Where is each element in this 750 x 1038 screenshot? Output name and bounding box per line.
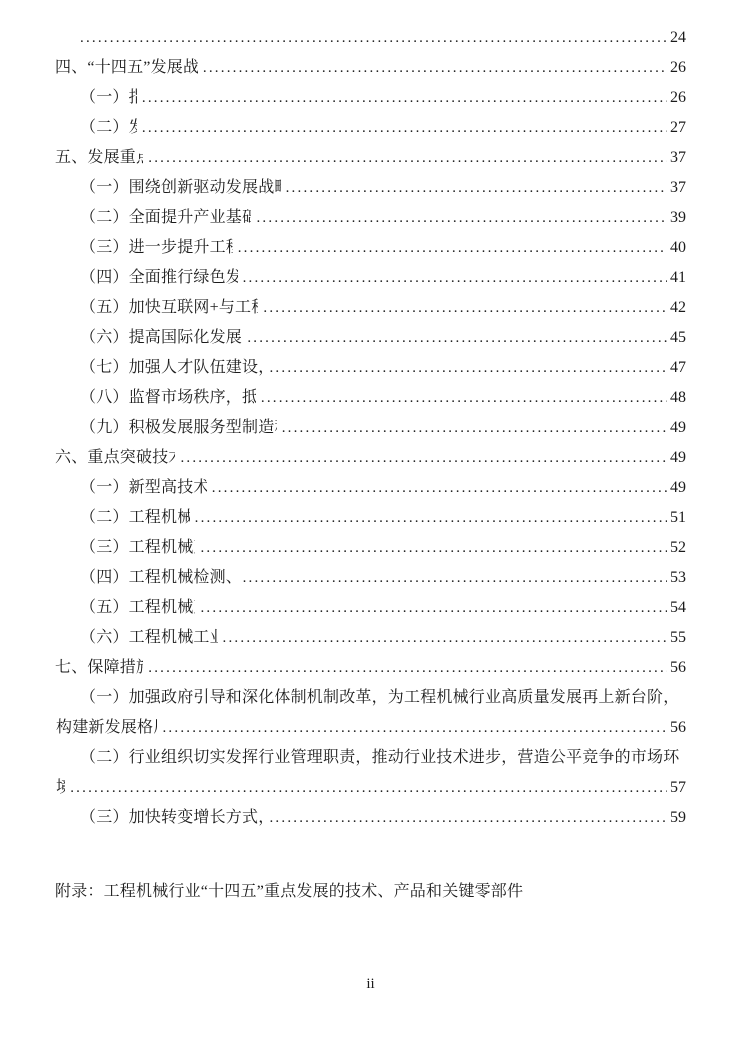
toc-entry: （二）工程机械智能制造推进工程51 [55,503,686,533]
toc-page-number: 26 [670,83,686,113]
toc-dot-leader [148,143,667,173]
toc-page-number: 39 [670,203,686,233]
toc-entry: （二）全面提升产业基础能力，努力实现工程机械产业高端化39 [55,203,686,233]
toc-entry: 五、发展重点及关键任务37 [55,143,686,173]
toc-page-number: 55 [670,623,686,653]
toc-page-number: 51 [670,503,686,533]
toc-entry: （一）指导思想26 [55,83,686,113]
toc-page-number: 54 [670,593,686,623]
toc-page-number: 40 [670,233,686,263]
toc-entry-text: （二）发展目标 [80,113,137,143]
toc-entry-text: 五、发展重点及关键任务 [55,143,143,173]
toc-entry-text: （八）监督市场秩序，抵制不正当竞争，努力营造良好市场环境 [80,383,256,413]
toc-dot-leader [200,593,667,623]
toc-entry: （五）加快互联网+与工程机械产业的融合，推进行业数字化发展42 [55,293,686,323]
toc-dot-leader [256,203,667,233]
toc-page-number: 52 [670,533,686,563]
document-page: 24四、“十四五”发展战略的指导思想、发展目标26（一）指导思想26（二）发展目… [0,0,750,1038]
toc-dot-leader [212,473,667,503]
toc-entry-text: （三）进一步提升工程机械产品质量，提升品牌价值 [80,233,233,263]
toc-entry-text: （二）工程机械智能制造推进工程 [80,503,190,533]
toc-entry-text: （六）工程机械工业互联网应用平台建设工程 [80,623,218,653]
toc-page-number: 37 [670,143,686,173]
toc-page-number: 45 [670,323,686,353]
toc-entry: （三）工程机械产品可靠性提升工程52 [55,533,686,563]
toc-entry: （九）积极发展服务型制造和强化后市场管理，建立老旧工程机械退出机制49 [55,413,686,443]
toc-dot-leader [180,443,667,473]
toc-entry-text: （四）工程机械检测、试验与评价数字化平台建设工程 [80,563,238,593]
toc-dot-leader [148,653,667,683]
toc-dot-leader [263,293,667,323]
toc-page-number: 59 [670,803,686,833]
toc-page-number: 49 [670,473,686,503]
toc-entry-text: （五）工程机械产业链强基发展工程 [80,593,195,623]
toc-entry: （七）加强人才队伍建设，努力提升工程机械行业人才队伍整体素质47 [55,353,686,383]
toc-dot-leader [203,53,667,83]
toc-page-number: 48 [670,383,686,413]
toc-page-number: 49 [670,413,686,443]
toc-dot-leader [247,323,667,353]
toc-dot-leader [261,383,667,413]
toc-dot-leader [142,113,667,143]
toc-page-number: 37 [670,173,686,203]
toc-dot-leader [195,503,667,533]
toc-entry: （八）监督市场秩序，抵制不正当竞争，努力营造良好市场环境48 [55,383,686,413]
table-of-contents: 24四、“十四五”发展战略的指导思想、发展目标26（一）指导思想26（二）发展目… [55,23,686,833]
toc-dot-leader [162,713,667,743]
toc-entry: 境57 [55,773,686,803]
toc-entry-text: （一）新型高技术工程机械创新先导工程 [80,473,207,503]
toc-entry: （三）进一步提升工程机械产品质量，提升品牌价值40 [55,233,686,263]
toc-dot-leader [286,173,667,203]
toc-entry-text: （一）指导思想 [80,83,137,113]
toc-entry-text: 四、“十四五”发展战略的指导思想、发展目标 [55,53,198,83]
toc-page-number: 26 [670,53,686,83]
toc-entry: 24 [55,23,686,53]
toc-dot-leader [243,563,667,593]
toc-entry-text: （四）全面推行绿色发展，构建工程机械绿色制造体系 [80,263,238,293]
toc-entry-text: （二）行业组织切实发挥行业管理职责，推动行业技术进步，营造公平竞争的市场环 [80,743,679,773]
toc-page-number: 53 [670,563,686,593]
toc-entry: （六）工程机械工业互联网应用平台建设工程55 [55,623,686,653]
toc-entry: （二）发展目标27 [55,113,686,143]
toc-entry-text: （一）加强政府引导和深化体制机制改革，为工程机械行业高质量发展再上新台阶， [80,683,679,713]
toc-page-number: 49 [670,443,686,473]
toc-entry: 构建新发展格局创造良好环境56 [55,713,686,743]
toc-entry-text: 六、重点突破技术与产业化创新工程 [55,443,175,473]
toc-page-number: 56 [670,653,686,683]
toc-entry: （一）围绕创新驱动发展战略，加快科技创新，努力实现工程机械产业现代化37 [55,173,686,203]
toc-entry-text: 构建新发展格局创造良好环境 [56,713,157,743]
toc-dot-leader [269,803,667,833]
toc-page-number: 42 [670,293,686,323]
toc-dot-leader [282,413,667,443]
toc-entry-text: （五）加快互联网+与工程机械产业的融合，推进行业数字化发展 [80,293,258,323]
toc-dot-leader [269,353,667,383]
toc-entry: 四、“十四五”发展战略的指导思想、发展目标26 [55,53,686,83]
toc-entry: （六）提高国际化发展水平，努力实现海外业务稳健增长45 [55,323,686,353]
toc-page-number: 41 [670,263,686,293]
toc-dot-leader [243,263,667,293]
toc-entry-text: （三）加快转变增长方式，推动工程机械企业高质量发展再上新台阶 [80,803,264,833]
toc-dot-leader [70,773,667,803]
toc-page-number: 57 [670,773,686,803]
toc-entry: 七、保障措施及相关建议56 [55,653,686,683]
toc-dot-leader [200,533,667,563]
toc-page-number: 56 [670,713,686,743]
toc-entry: （四）全面推行绿色发展，构建工程机械绿色制造体系41 [55,263,686,293]
toc-entry-text: 境 [56,773,65,803]
appendix-line: 附录：工程机械行业“十四五”重点发展的技术、产品和关键零部件 [55,877,686,907]
toc-dot-leader [238,233,667,263]
toc-entry-text: （七）加强人才队伍建设，努力提升工程机械行业人才队伍整体素质 [80,353,264,383]
toc-entry-text: （三）工程机械产品可靠性提升工程 [80,533,195,563]
toc-page-number: 24 [670,23,686,53]
toc-page-number: 27 [670,113,686,143]
toc-entry: （五）工程机械产业链强基发展工程54 [55,593,686,623]
toc-entry-text: 七、保障措施及相关建议 [55,653,143,683]
toc-dot-leader [80,23,667,53]
toc-entry: （一）加强政府引导和深化体制机制改革，为工程机械行业高质量发展再上新台阶， [55,683,686,713]
toc-entry: （三）加快转变增长方式，推动工程机械企业高质量发展再上新台阶59 [55,803,686,833]
toc-entry: （二）行业组织切实发挥行业管理职责，推动行业技术进步，营造公平竞争的市场环 [55,743,686,773]
page-number-footer: ii [55,973,686,995]
toc-entry-text: （一）围绕创新驱动发展战略，加快科技创新，努力实现工程机械产业现代化 [80,173,281,203]
toc-entry-text: （二）全面提升产业基础能力，努力实现工程机械产业高端化 [80,203,251,233]
toc-dot-leader [142,83,667,113]
toc-entry-text: （六）提高国际化发展水平，努力实现海外业务稳健增长 [80,323,242,353]
toc-entry: 六、重点突破技术与产业化创新工程49 [55,443,686,473]
toc-page-number: 47 [670,353,686,383]
toc-entry-text: （九）积极发展服务型制造和强化后市场管理，建立老旧工程机械退出机制 [80,413,277,443]
toc-entry: （四）工程机械检测、试验与评价数字化平台建设工程53 [55,563,686,593]
toc-entry: （一）新型高技术工程机械创新先导工程49 [55,473,686,503]
toc-dot-leader [223,623,667,653]
